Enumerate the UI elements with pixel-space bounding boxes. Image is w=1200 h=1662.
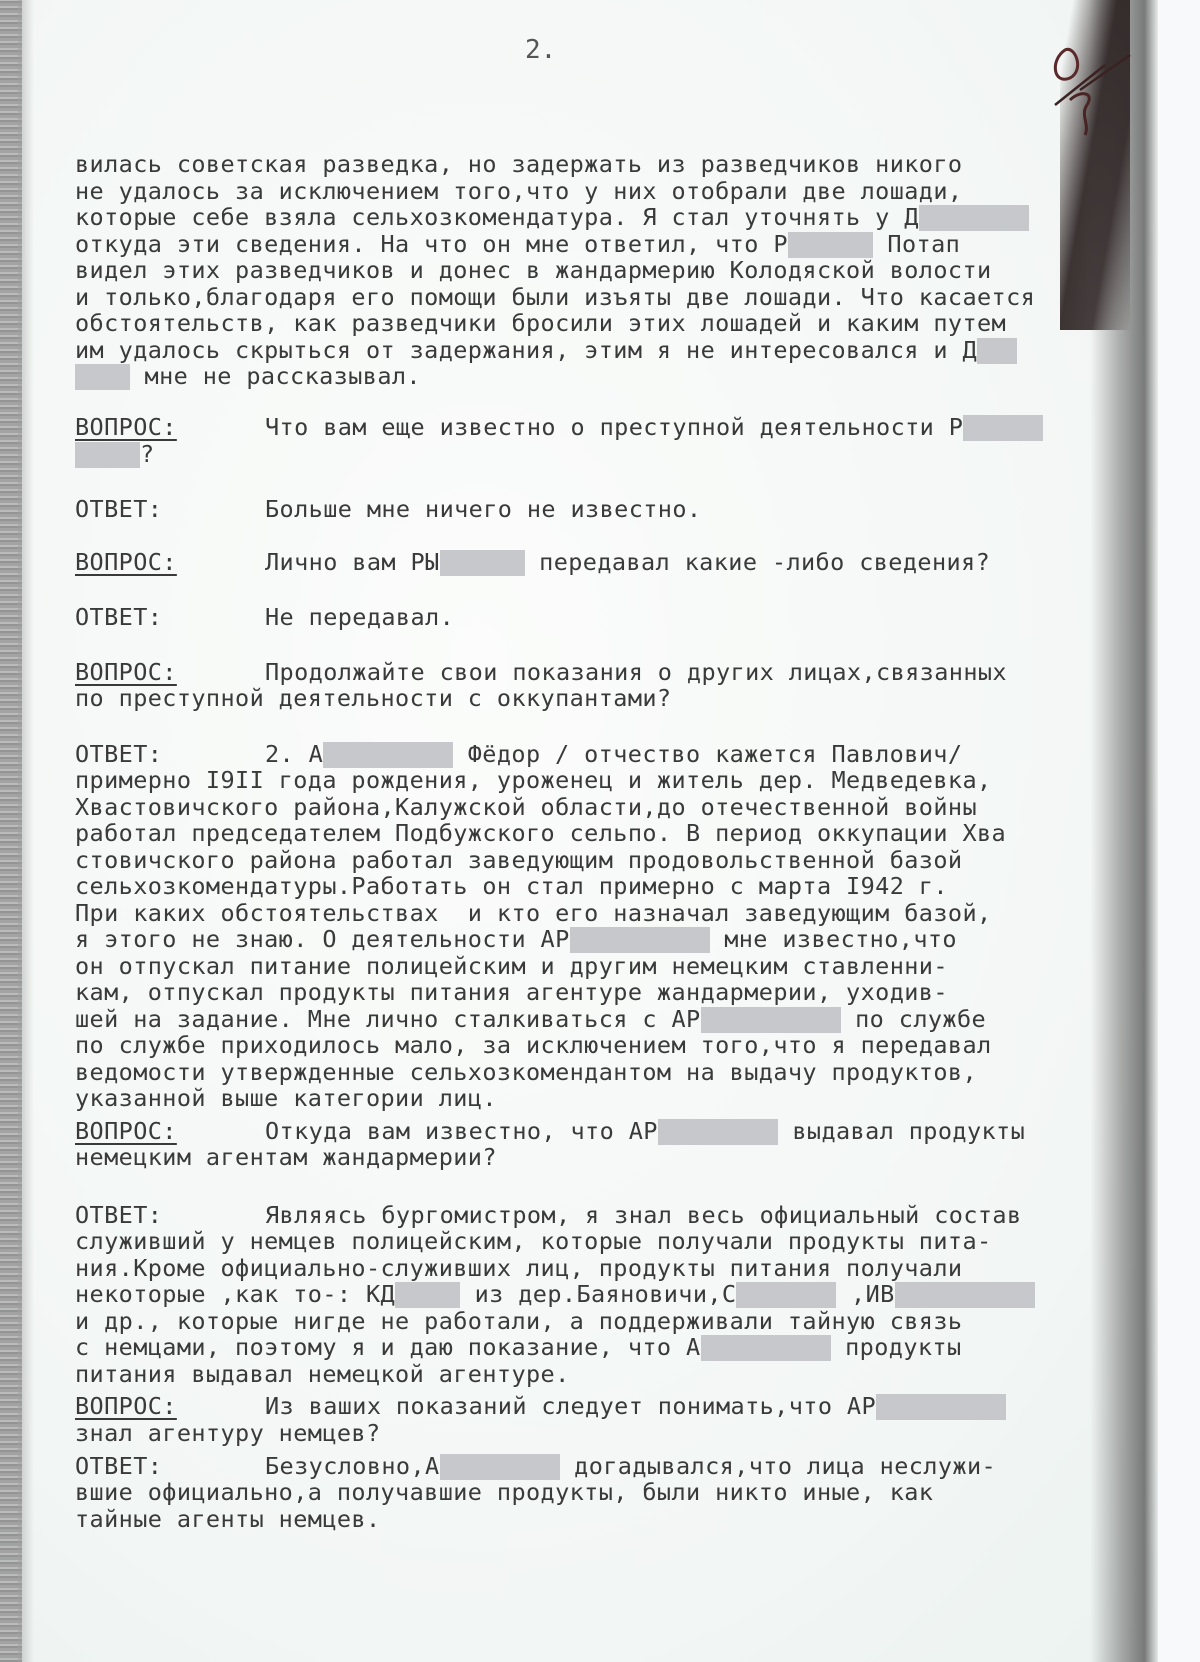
redaction-box — [977, 338, 1017, 364]
typed-text: Безусловно,А — [265, 1452, 440, 1480]
redaction-box — [701, 1007, 841, 1033]
page-number: 2. — [525, 35, 556, 65]
answer-label: ОТВЕТ: — [75, 495, 265, 523]
question-label: ВОПРОС: — [75, 658, 265, 686]
text-line: кам, отпускал продукты питания агентуре … — [75, 978, 948, 1006]
text-line: ния.Кроме официально-служивших лиц, прод… — [75, 1254, 962, 1282]
redaction-box — [570, 927, 710, 953]
question-line: ВОПРОС:Что вам еще известно о преступной… — [75, 413, 1043, 441]
typed-text: ния.Кроме официально-служивших лиц, прод… — [75, 1254, 962, 1282]
text-line: питания выдавал немецкой агентуре. — [75, 1360, 570, 1388]
text-line: обстоятельств, как разведчики бросили эт… — [75, 309, 1006, 337]
redaction-box — [658, 1119, 778, 1145]
typed-text: вшие официально,а получавшие продукты, б… — [75, 1478, 933, 1506]
question-label: ВОПРОС: — [75, 1392, 265, 1420]
redaction-box — [919, 205, 1029, 231]
redaction-box — [75, 364, 130, 390]
text-line: откуда эти сведения. На что он мне ответ… — [75, 230, 960, 258]
typed-text: видел этих разведчиков и донес в жандарм… — [75, 256, 992, 284]
typed-text: примерно I9II года рождения, уроженец и … — [75, 766, 992, 794]
typed-text: Продолжайте свои показания о других лица… — [265, 658, 1007, 686]
typed-text: работал председателем Подбужского сельпо… — [75, 819, 1006, 847]
redaction-box — [75, 442, 140, 468]
question-line: ВОПРОС:Откуда вам известно, что АР выдав… — [75, 1117, 1025, 1145]
text-line: указанной выше категории лиц. — [75, 1084, 497, 1112]
typed-text: Из ваших показаний следует понимать,что … — [265, 1392, 876, 1420]
redaction-box — [323, 742, 453, 768]
typed-text: 2. А — [265, 740, 323, 768]
text-line: работал председателем Подбужского сельпо… — [75, 819, 1006, 847]
answer-line: ОТВЕТ:Больше мне ничего не известно. — [75, 495, 701, 523]
text-line: сельхозкомендатуры.Работать он стал прим… — [75, 872, 948, 900]
redaction-box — [895, 1282, 1035, 1308]
text-line: не удалось за исключением того,что у них… — [75, 177, 962, 205]
text-line: ведомости утвержденные сельхозкоменданто… — [75, 1058, 977, 1086]
typed-text: которые себе взяла сельхозкомендатура. Я… — [75, 203, 919, 231]
text-line: и только,благодаря его помощи были изъят… — [75, 283, 1035, 311]
typed-text: из дер.Баяновичи,С — [460, 1280, 736, 1308]
typed-text: немецким агентам жандармерии? — [75, 1143, 497, 1171]
text-line: знал агентуру немцев? — [75, 1419, 381, 1447]
typed-text: некоторые ,как то-: КД — [75, 1280, 395, 1308]
text-line: которые себе взяла сельхозкомендатура. Я… — [75, 203, 1029, 231]
typed-text: не удалось за исключением того,что у них… — [75, 177, 962, 205]
text-line: по службе приходилось мало, за исключени… — [75, 1031, 992, 1059]
answer-label: ОТВЕТ: — [75, 1201, 265, 1229]
typed-text: ,ИВ — [836, 1280, 894, 1308]
typed-text: обстоятельств, как разведчики бросили эт… — [75, 309, 1006, 337]
typed-text: указанной выше категории лиц. — [75, 1084, 497, 1112]
typed-text: Хвастовичского района,Калужской области,… — [75, 793, 977, 821]
text-line: немецким агентам жандармерии? — [75, 1143, 497, 1171]
question-label: ВОПРОС: — [75, 413, 265, 441]
question-label: ВОПРОС: — [75, 1117, 265, 1145]
typed-text: мне не рассказывал. — [130, 362, 421, 390]
typed-text: При каких обстоятельствах и кто его назн… — [75, 899, 992, 927]
text-line: шей на задание. Мне лично сталкиваться с… — [75, 1005, 986, 1033]
typed-text: Являясь бургомистром, я знал весь официа… — [265, 1201, 1022, 1229]
typed-text: ? — [140, 440, 155, 468]
typed-text: и др., которые нигде не работали, а подд… — [75, 1307, 962, 1335]
typed-text: Больше мне ничего не известно. — [265, 495, 701, 523]
scan-edge-left — [0, 0, 22, 1662]
answer-label: ОТВЕТ: — [75, 1452, 265, 1480]
question-line: ВОПРОС:Лично вам РЫ передавал какие -либ… — [75, 548, 990, 576]
typed-text: Фёдор / отчество кажется Павлович/ — [453, 740, 962, 768]
answer-label: ОТВЕТ: — [75, 740, 265, 768]
text-line: им удалось скрыться от задержания, этим … — [75, 336, 1017, 364]
text-line: Хвастовичского района,Калужской области,… — [75, 793, 977, 821]
typed-text: шей на задание. Мне лично сталкиваться с… — [75, 1005, 701, 1033]
typed-text: Лично вам РЫ — [265, 548, 440, 576]
redaction-box — [876, 1394, 1006, 1420]
question-line: ВОПРОС:Продолжайте свои показания о друг… — [75, 658, 1007, 686]
typed-text: служивший у немцев полицейским, которые … — [75, 1227, 992, 1255]
text-line: вшие официально,а получавшие продукты, б… — [75, 1478, 933, 1506]
typed-text: догадывался,что лица неслужи- — [560, 1452, 996, 1480]
handwritten-folio-number-icon — [1025, 30, 1135, 140]
typed-text: мне известно,что — [710, 925, 957, 953]
typed-text: ведомости утвержденные сельхозкоменданто… — [75, 1058, 977, 1086]
answer-line: ОТВЕТ:Являясь бургомистром, я знал весь … — [75, 1201, 1022, 1229]
typed-text: он отпускал питание полицейским и другим… — [75, 952, 948, 980]
typed-text: с немцами, поэтому я и даю показание, чт… — [75, 1333, 701, 1361]
typed-text: стовичского района работал заведующим пр… — [75, 846, 962, 874]
typed-text: Потап — [873, 230, 960, 258]
typed-text: Что вам еще известно о преступной деятел… — [265, 413, 963, 441]
typed-text: по службе приходилось мало, за исключени… — [75, 1031, 992, 1059]
text-line: примерно I9II года рождения, уроженец и … — [75, 766, 992, 794]
typed-text: вилась советская разведка, но задержать … — [75, 150, 962, 178]
redaction-box — [395, 1282, 460, 1308]
redaction-box — [788, 232, 873, 258]
typed-text: кам, отпускал продукты питания агентуре … — [75, 978, 948, 1006]
text-line: тайные агенты немцев. — [75, 1505, 381, 1533]
typed-text: Не передавал. — [265, 603, 454, 631]
text-line: по преступной деятельности с оккупантами… — [75, 684, 671, 712]
typed-text: тайные агенты немцев. — [75, 1505, 381, 1533]
text-line: стовичского района работал заведующим пр… — [75, 846, 962, 874]
typed-text: и только,благодаря его помощи были изъят… — [75, 283, 1035, 311]
answer-label: ОТВЕТ: — [75, 603, 265, 631]
text-line: ? — [75, 440, 155, 468]
redaction-box — [736, 1282, 836, 1308]
answer-line: ОТВЕТ:Безусловно,А догадывался,что лица … — [75, 1452, 996, 1480]
redaction-box — [440, 550, 525, 576]
redaction-box — [701, 1335, 831, 1361]
typed-text: продукты — [831, 1333, 962, 1361]
typed-text: знал агентуру немцев? — [75, 1419, 381, 1447]
text-line: мне не рассказывал. — [75, 362, 421, 390]
scanned-document-page: 2. вилась советская разведка, но задержа… — [0, 0, 1200, 1662]
typed-text: откуда эти сведения. На что он мне ответ… — [75, 230, 788, 258]
text-line: служивший у немцев полицейским, которые … — [75, 1227, 992, 1255]
text-line: с немцами, поэтому я и даю показание, чт… — [75, 1333, 962, 1361]
text-line: видел этих разведчиков и донес в жандарм… — [75, 256, 992, 284]
text-line: При каких обстоятельствах и кто его назн… — [75, 899, 992, 927]
text-line: я этого не знаю. О деятельности АР мне и… — [75, 925, 957, 953]
text-line: некоторые ,как то-: КД из дер.Баяновичи,… — [75, 1280, 1035, 1308]
typed-text: передавал какие -либо сведения? — [525, 548, 991, 576]
typed-text: выдавал продукты — [778, 1117, 1025, 1145]
question-label: ВОПРОС: — [75, 548, 265, 576]
typed-text: питания выдавал немецкой агентуре. — [75, 1360, 570, 1388]
typed-text: по преступной деятельности с оккупантами… — [75, 684, 671, 712]
answer-line: ОТВЕТ:Не передавал. — [75, 603, 454, 631]
typed-text: им удалось скрыться от задержания, этим … — [75, 336, 977, 364]
text-line: он отпускал питание полицейским и другим… — [75, 952, 948, 980]
redaction-box — [963, 415, 1043, 441]
answer-line: ОТВЕТ:2. А Фёдор / отчество кажется Павл… — [75, 740, 962, 768]
typed-text: сельхозкомендатуры.Работать он стал прим… — [75, 872, 948, 900]
typed-text: по службе — [841, 1005, 986, 1033]
text-line: и др., которые нигде не работали, а подд… — [75, 1307, 962, 1335]
scan-margin-right — [1158, 0, 1200, 1662]
typed-text: Откуда вам известно, что АР — [265, 1117, 658, 1145]
redaction-box — [440, 1454, 560, 1480]
question-line: ВОПРОС:Из ваших показаний следует понима… — [75, 1392, 1006, 1420]
typed-text: я этого не знаю. О деятельности АР — [75, 925, 570, 953]
text-line: вилась советская разведка, но задержать … — [75, 150, 962, 178]
